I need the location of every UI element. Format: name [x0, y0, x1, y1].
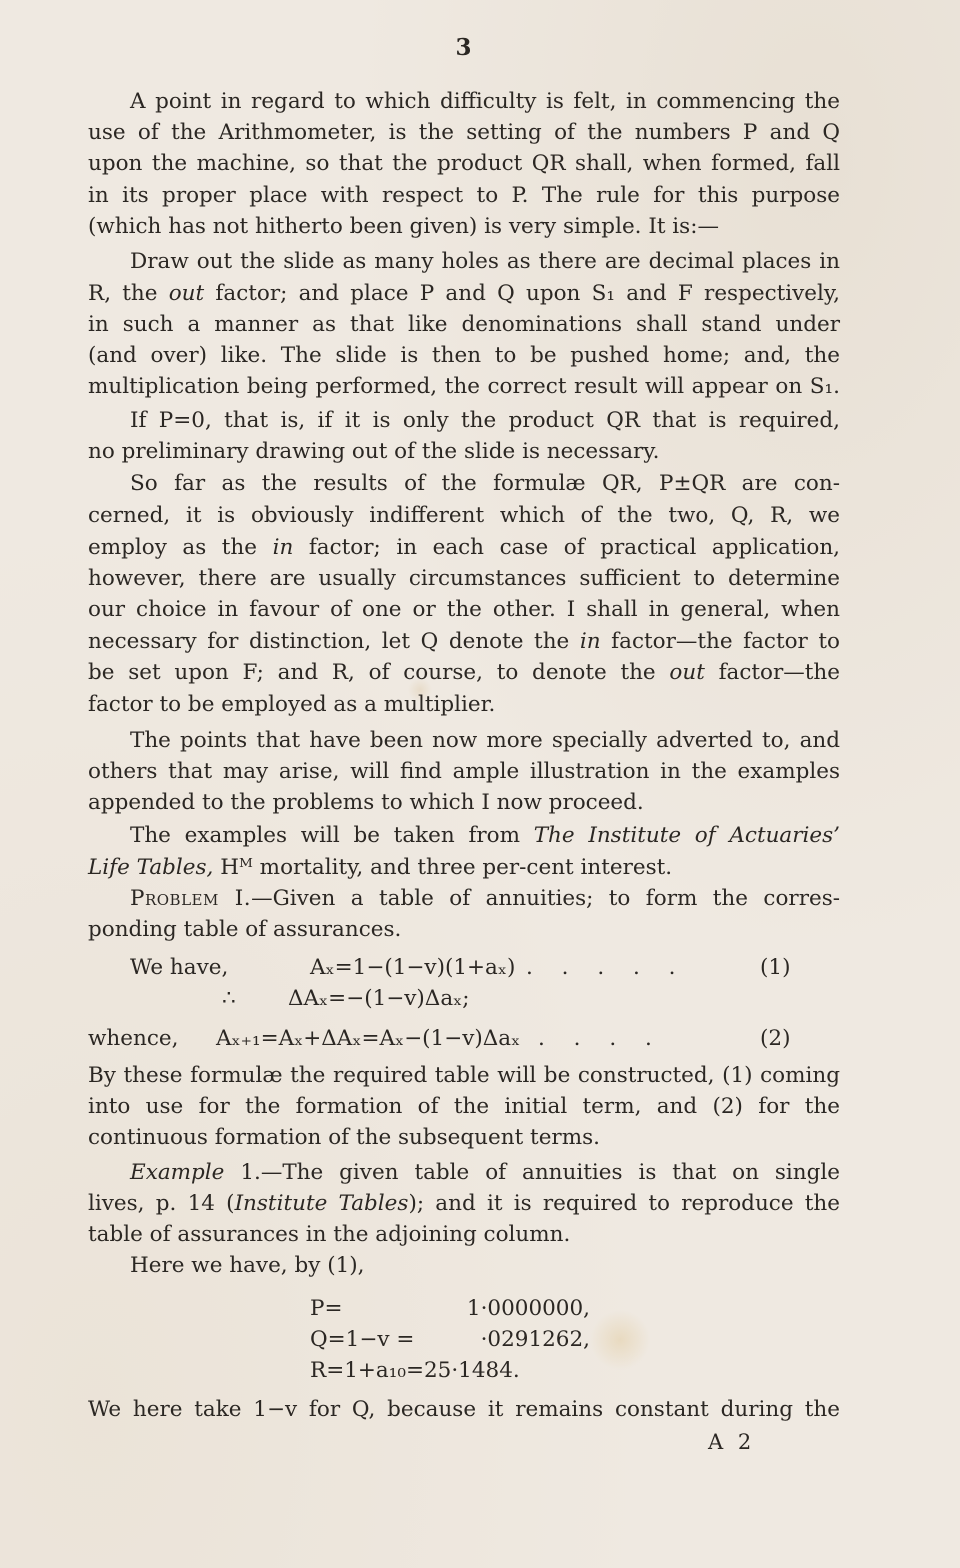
text-span: ); and it is required to reproduce the — [408, 1191, 840, 1216]
text-line: continuous formation of the subsequent t… — [88, 1122, 840, 1153]
text-line: necessary for distinction, let Q denote … — [88, 626, 840, 657]
text-span: factor—the factor to — [601, 629, 840, 654]
problem-heading: Problem I.—Given a table of annuities; t… — [88, 883, 840, 914]
leader-dots: . . . . — [538, 1023, 663, 1054]
text-line: multiplication being performed, the corr… — [88, 371, 840, 402]
emphasis: out — [169, 281, 204, 306]
text-line: in its proper place with respect to P. T… — [88, 180, 840, 211]
text-line: We here take 1−v for Q, because it remai… — [88, 1394, 840, 1425]
example-label: Example — [130, 1160, 224, 1185]
text-span: necessary for distinction, let Q denote … — [88, 629, 580, 654]
text-span: factor; in each case of practical applic… — [293, 535, 840, 560]
text-line: in such a manner as that like denominati… — [88, 309, 840, 340]
value-rhs: 1·0000000, — [467, 1293, 590, 1324]
emphasis: in — [580, 629, 601, 654]
equation-number: (1) — [760, 952, 790, 983]
text-line: our choice in favour of one or the other… — [88, 594, 840, 625]
equation-label: whence, — [88, 1023, 178, 1054]
text-line: others that may arise, will find ample i… — [88, 756, 840, 787]
emphasis: out — [669, 660, 704, 685]
text-line: (which has not hitherto been given) is v… — [88, 211, 840, 242]
text-line: R, the out factor; and place P and Q upo… — [88, 278, 840, 309]
text-line: The examples will be taken from The Inst… — [88, 820, 840, 851]
text-line: lives, p. 14 (Institute Tables); and it … — [88, 1188, 840, 1219]
signature-mark: A 2 — [708, 1430, 755, 1454]
text-line: If P=0, that is, if it is only the produ… — [88, 405, 840, 436]
equation-label: We have, — [130, 952, 228, 983]
text-line: cerned, it is obviously indifferent whic… — [88, 500, 840, 531]
value-row: Q=1−v =·0291262, — [310, 1324, 630, 1355]
text-line: ponding table of assurances. — [88, 914, 840, 945]
value-rhs: ·0291262, — [481, 1324, 590, 1355]
text-line: use of the Arithmometer, is the setting … — [88, 117, 840, 148]
text-span: R, the — [88, 281, 169, 306]
text-line: employ as the in factor; in each case of… — [88, 532, 840, 563]
text-span: factor; and place P and Q upon S₁ and F … — [204, 281, 840, 306]
text-line: Life Tables, Hᴹ mortality, and three per… — [88, 852, 840, 883]
book-title: Institute Tables — [235, 1191, 409, 1216]
text-line: So far as the results of the formulæ QR,… — [88, 468, 840, 499]
therefore-symbol: ∴ — [222, 983, 236, 1014]
text-span: be set upon F; and R, of course, to deno… — [88, 660, 669, 685]
leader-dots: . . . . . — [526, 952, 687, 983]
page-number: 3 — [88, 34, 840, 61]
equation-number: (2) — [760, 1023, 790, 1054]
value-lhs: P= — [310, 1293, 342, 1324]
emphasis: in — [273, 535, 294, 560]
text-line: (and over) like. The slide is then to be… — [88, 340, 840, 371]
book-title: The Institute of Actuaries’ — [534, 823, 840, 848]
text-line: By these formulæ the required table will… — [88, 1060, 840, 1091]
equation-2: Aₓ₊₁=Aₓ+ΔAₓ=Aₓ−(1−v)Δaₓ — [216, 1023, 520, 1054]
text-span: lives, p. 14 ( — [88, 1191, 235, 1216]
text-line: Draw out the slide as many holes as ther… — [88, 246, 840, 277]
text-span: The examples will be taken from — [130, 823, 534, 848]
text-line: table of assurances in the adjoining col… — [88, 1219, 840, 1250]
text-line: factor to be employed as a multiplier. — [88, 689, 840, 720]
equation-delta: ΔAₓ=−(1−v)Δaₓ; — [288, 983, 470, 1014]
text-line: however, there are usually circumstances… — [88, 563, 840, 594]
text-line: be set upon F; and R, of course, to deno… — [88, 657, 840, 688]
text-line: Here we have, by (1), — [88, 1250, 840, 1281]
text-line: appended to the problems to which I now … — [88, 787, 840, 818]
text-span: employ as the — [88, 535, 273, 560]
value-row: R=1+a₁₀=25·1484. — [310, 1355, 630, 1386]
value-lhs: R=1+a₁₀=25·1484. — [310, 1355, 520, 1386]
text-span: —Given a table of annuities; to form the… — [251, 886, 840, 911]
text-line: upon the machine, so that the product QR… — [88, 148, 840, 179]
problem-label: Problem I. — [130, 886, 251, 911]
value-row: P=1·0000000, — [310, 1293, 630, 1324]
text-line: The points that have been now more speci… — [88, 725, 840, 756]
text-span: Hᴹ mortality, and three per-cent interes… — [213, 855, 672, 880]
value-lhs: Q=1−v = — [310, 1324, 414, 1355]
equation-1: Aₓ=1−(1−v)(1+aₓ) — [310, 952, 515, 983]
text-line: into use for the formation of the initia… — [88, 1091, 840, 1122]
values-block: P=1·0000000, Q=1−v =·0291262, R=1+a₁₀=25… — [310, 1293, 630, 1386]
text-line: A point in regard to which difficulty is… — [88, 86, 840, 117]
text-span: 1.—The given table of annuities is that … — [224, 1160, 840, 1185]
book-title: Life Tables, — [88, 855, 213, 880]
text-line: Example 1.—The given table of annuities … — [88, 1157, 840, 1188]
text-line: no preliminary drawing out of the slide … — [88, 436, 840, 467]
text-span: factor—the — [705, 660, 840, 685]
